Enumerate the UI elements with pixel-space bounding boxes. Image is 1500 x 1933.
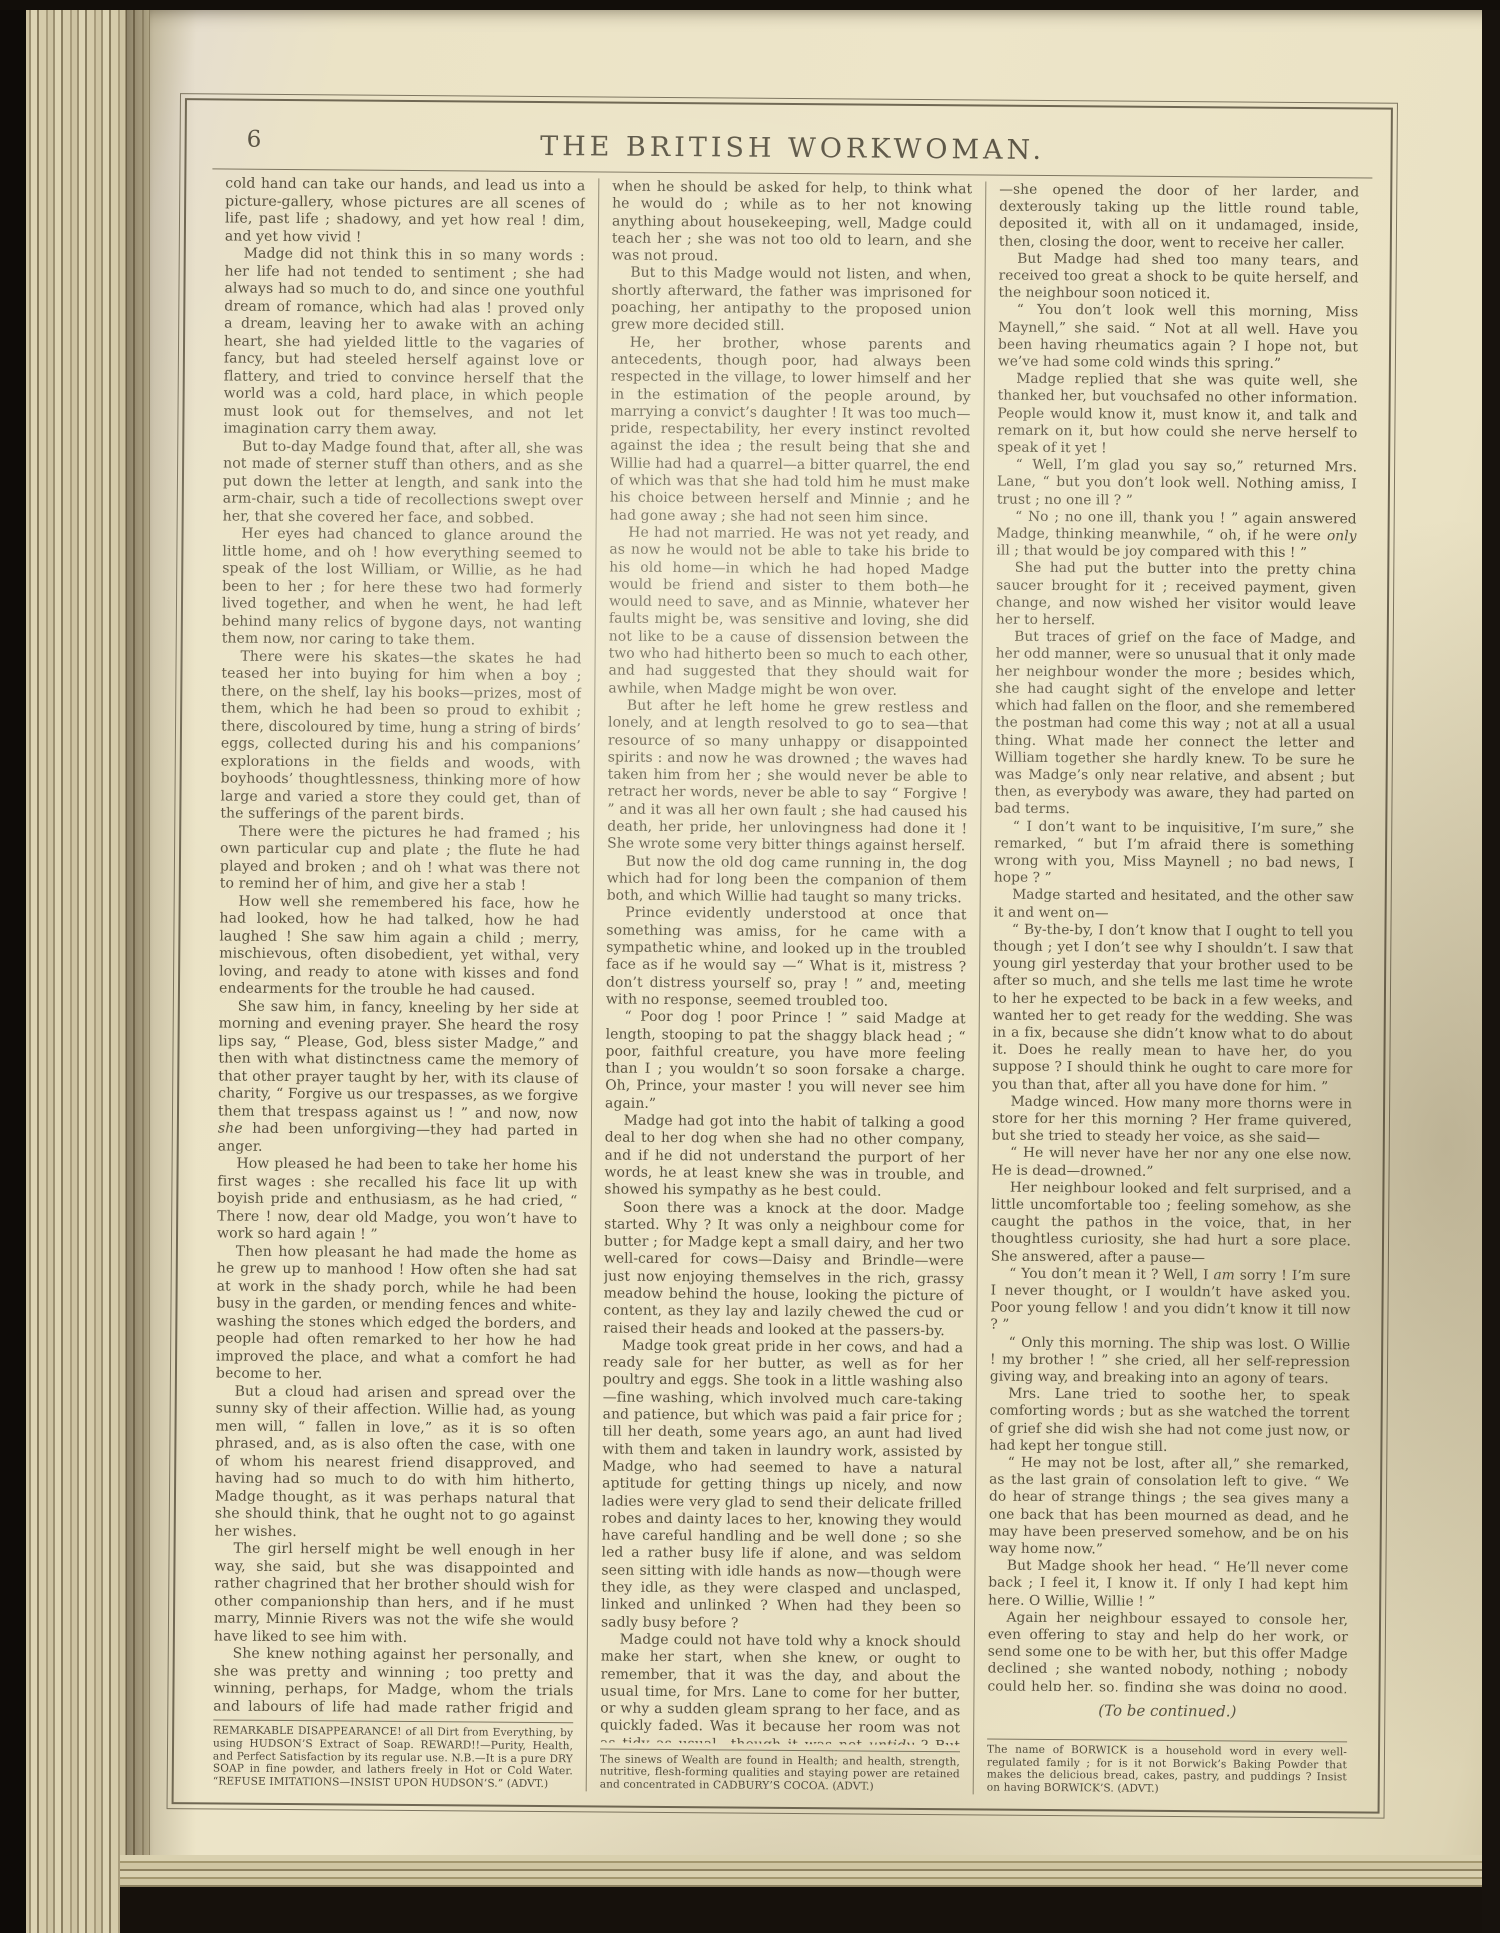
- story-paragraph: “ Well, I’m glad you say so,” returned M…: [997, 457, 1357, 511]
- scanner-background-right: [1482, 0, 1500, 1933]
- story-paragraph: She saw him, in fancy, kneeling by her s…: [218, 998, 579, 1158]
- story-paragraph: Madge took great pride in her cows, and …: [601, 1337, 963, 1634]
- story-paragraph: But to this Madge would not listen, and …: [611, 265, 972, 337]
- story-paragraph: But now the old dog came running in, the…: [607, 853, 967, 908]
- page-title: THE BRITISH WORKWOMAN.: [212, 128, 1372, 168]
- story-paragraph: when he should be asked for help, to thi…: [612, 179, 973, 268]
- story-paragraph: Again her neighbour essayed to console h…: [987, 1609, 1348, 1693]
- story-paragraph: She knew nothing against her personally,…: [213, 1645, 574, 1716]
- masthead: 6 THE BRITISH WORKWOMAN.: [212, 110, 1372, 178]
- story-paragraph: Madge had got into the habit of talking …: [604, 1113, 965, 1202]
- column-1: cold hand can take our hands, and lead u…: [200, 175, 599, 1791]
- scanner-background-bottom: [120, 1887, 1500, 1933]
- story-paragraph: “ By-the-by, I don’t know that I ought t…: [992, 921, 1353, 1096]
- story-paragraph: He, her brother, whose parents and antec…: [610, 334, 971, 527]
- column-1-story-text: cold hand can take our hands, and lead u…: [213, 175, 585, 1716]
- story-paragraph: He had not married. He was not yet ready…: [608, 524, 969, 700]
- column-3: —she opened the door of her larder, and …: [973, 181, 1373, 1797]
- scanner-background-top: [0, 0, 1500, 10]
- column-3-story-text: —she opened the door of her larder, and …: [987, 182, 1359, 1694]
- column-2-story-text: when he should be asked for help, to thi…: [600, 179, 972, 1745]
- story-paragraph: “ Poor dog ! poor Prince ! ” said Madge …: [605, 1009, 966, 1116]
- story-paragraph: There were his skates—the skates he had …: [220, 648, 581, 826]
- story-paragraph: Madge replied that she was quite well, s…: [997, 371, 1358, 460]
- printed-page-frame: 6 THE BRITISH WORKWOMAN. cold hand can t…: [167, 93, 1398, 1819]
- story-paragraph: The girl herself might be well enough in…: [214, 1540, 575, 1648]
- story-paragraph: Her neighbour looked and felt surprised,…: [991, 1179, 1352, 1268]
- story-paragraph: Prince evidently understood at once that…: [606, 905, 967, 1012]
- story-paragraph: Madge did not think this in so many word…: [223, 245, 585, 440]
- story-paragraph: How pleased he had been to take her home…: [217, 1155, 578, 1245]
- story-paragraph: Soon there was a knock at the door. Madg…: [603, 1199, 964, 1340]
- story-paragraph: But Madge had shed too many tears, and r…: [998, 250, 1358, 304]
- story-paragraph: “ No ; no one ill, thank you ! ” again a…: [996, 508, 1356, 562]
- story-paragraph: “ He will never have her nor any one els…: [992, 1145, 1352, 1182]
- story-paragraph: Her eyes had chanced to glance around th…: [222, 525, 583, 650]
- printed-page-frame-inner: 6 THE BRITISH WORKWOMAN. cold hand can t…: [172, 98, 1393, 1813]
- story-paragraph: Madge winced. How many more thorns were …: [992, 1093, 1352, 1147]
- story-paragraph: But after he left home he grew restless …: [607, 697, 968, 855]
- story-paragraph: But to-day Madge found that, after all, …: [223, 438, 584, 528]
- story-paragraph: But Madge shook her head. “ He’ll never …: [988, 1558, 1348, 1612]
- story-paragraph: Madge started and hesitated, and the oth…: [994, 887, 1354, 924]
- story-paragraph: “ I don’t want to be inquisitive, I’m su…: [994, 818, 1355, 890]
- story-paragraph: cold hand can take our hands, and lead u…: [225, 175, 586, 248]
- advert-hudsons-soap: REMARKABLE DISAPPEARANCE! of all Dirt fr…: [213, 1719, 574, 1791]
- story-paragraph: But traces of grief on the face of Madge…: [994, 629, 1355, 821]
- text-columns: cold hand can take our hands, and lead u…: [200, 169, 1373, 1797]
- story-paragraph: Mrs. Lane tried to soothe her, to speak …: [989, 1386, 1350, 1458]
- story-paragraph: But a cloud had arisen and spread over t…: [215, 1383, 576, 1543]
- story-paragraph: “ You don’t mean it ? Well, I am sorry !…: [990, 1265, 1351, 1337]
- advert-cadburys-cocoa: The sinews of Wealth are found in Health…: [600, 1748, 960, 1794]
- scanned-book-page: 6 THE BRITISH WORKWOMAN. cold hand can t…: [0, 0, 1500, 1933]
- to-be-continued-note: (To be continued.): [987, 1690, 1347, 1735]
- story-paragraph: “ Only this morning. The ship was lost. …: [990, 1334, 1350, 1388]
- story-paragraph: Madge could not have told why a knock sh…: [600, 1631, 961, 1744]
- story-paragraph: Then how pleasant he had made the home a…: [216, 1243, 577, 1386]
- story-paragraph: “ You don’t look well this morning, Miss…: [998, 302, 1359, 374]
- story-paragraph: How well she remembered his face, how he…: [219, 893, 580, 1001]
- column-2: when he should be asked for help, to thi…: [586, 178, 986, 1794]
- story-paragraph: There were the pictures he had framed ; …: [220, 823, 581, 896]
- advert-borwicks-baking-powder: The name of BORWICK is a household word …: [987, 1738, 1347, 1797]
- spine-shadow: [126, 0, 196, 1933]
- story-paragraph: She had put the butter into the pretty c…: [996, 560, 1357, 632]
- story-paragraph: “ He may not be lost, after all,” she re…: [989, 1455, 1350, 1561]
- story-paragraph: —she opened the door of her larder, and …: [999, 182, 1360, 254]
